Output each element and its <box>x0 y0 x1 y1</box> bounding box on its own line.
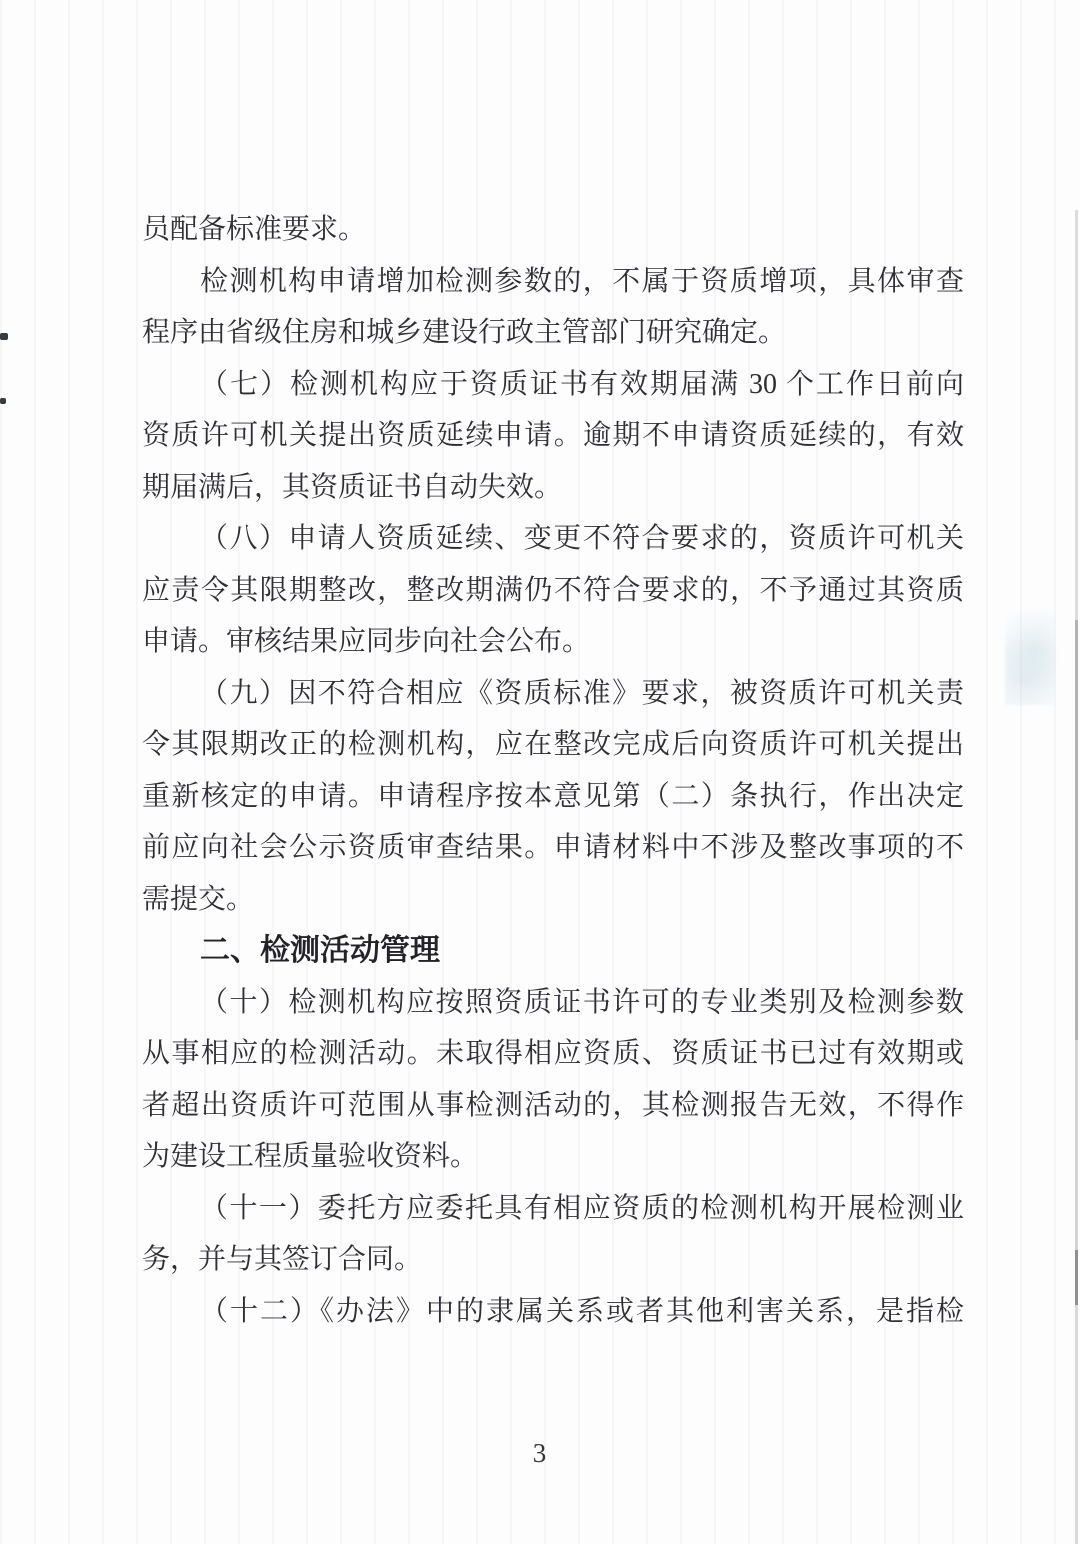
document-page: 员配备标准要求。 检测机构申请增加检测参数的，不属于资质增项，具体审查 程序由省… <box>0 0 1080 1544</box>
text-line: 员配备标准要求。 <box>142 204 964 256</box>
text-line: 资质许可机关提出资质延续申请。逾期不申请资质延续的，有效 <box>142 410 964 462</box>
page-number: 3 <box>0 1438 1080 1469</box>
scan-edge-line <box>1075 210 1078 620</box>
text-line: （九）因不符合相应《资质标准》要求，被资质许可机关责 <box>142 668 964 720</box>
text-line: 令其限期改正的检测机构，应在整改完成后向资质许可机关提出 <box>142 719 964 771</box>
text-line: （十一）委托方应委托具有相应资质的检测机构开展检测业 <box>142 1183 964 1235</box>
scan-noise <box>1005 610 1055 705</box>
text-line: （八）申请人资质延续、变更不符合要求的，资质许可机关 <box>142 513 964 565</box>
text-line: 前应向社会公示资质审查结果。申请材料中不涉及整改事项的不 <box>142 822 964 874</box>
text-line: 重新核定的申请。申请程序按本意见第（二）条执行，作出决定 <box>142 771 964 823</box>
text-line: 程序由省级住房和城乡建设行政主管部门研究确定。 <box>142 307 964 359</box>
document-body: 员配备标准要求。 检测机构申请增加检测参数的，不属于资质增项，具体审查 程序由省… <box>142 204 964 1337</box>
text-line: 者超出资质许可范围从事检测活动的，其检测报告无效，不得作 <box>142 1080 964 1132</box>
scan-edge-line <box>1075 1040 1078 1250</box>
text-line: 检测机构申请增加检测参数的，不属于资质增项，具体审查 <box>142 256 964 308</box>
text-line: （十）检测机构应按照资质证书许可的专业类别及检测参数 <box>142 977 964 1029</box>
text-line: （七）检测机构应于资质证书有效期届满 30 个工作日前向 <box>142 359 964 411</box>
scan-edge-line <box>1075 1305 1078 1544</box>
text-line: 期届满后，其资质证书自动失效。 <box>142 462 964 514</box>
text-line: 申请。审核结果应同步向社会公布。 <box>142 616 964 668</box>
scan-edge-line <box>1075 1250 1078 1305</box>
text-line: 需提交。 <box>142 874 964 926</box>
text-line: 应责令其限期整改，整改期满仍不符合要求的，不予通过其资质 <box>142 565 964 617</box>
text-line: （十二）《办法》中的隶属关系或者其他利害关系，是指检 <box>142 1286 964 1338</box>
scan-speck-icon <box>0 333 8 340</box>
text-line: 为建设工程质量验收资料。 <box>142 1131 964 1183</box>
text-line: 从事相应的检测活动。未取得相应资质、资质证书已过有效期或 <box>142 1028 964 1080</box>
text-line: 务，并与其签订合同。 <box>142 1234 964 1286</box>
scan-speck-icon <box>0 398 6 404</box>
section-heading: 二、检测活动管理 <box>142 925 964 977</box>
scan-edge-line <box>1075 620 1078 1040</box>
